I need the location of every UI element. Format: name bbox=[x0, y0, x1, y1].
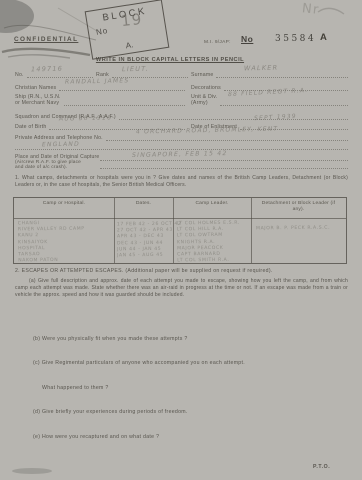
serial-number: 35584 bbox=[275, 34, 316, 44]
field-surname: Surname WALKER bbox=[191, 70, 348, 78]
table-header-leader: Camp Leader. bbox=[173, 201, 251, 207]
stamp-letter: A. bbox=[91, 35, 167, 56]
field-line-private-address-1: 4 ORCHARD ROAD, BROMLEY, KENT bbox=[106, 133, 348, 141]
question-a: (a) Give full description and approx. da… bbox=[15, 278, 348, 299]
instruction-heading: WRITE IN BLOCK CAPITAL LETTERS IN PENCIL bbox=[50, 57, 290, 63]
field-line-ship bbox=[64, 98, 185, 106]
handwritten-block-number: 19 bbox=[120, 10, 143, 30]
confidential-marking: CONFIDENTIAL bbox=[14, 36, 78, 43]
field-line-unit-div: 88 FIELD REGT R.A. bbox=[220, 98, 348, 106]
section1-question: 1. What camps, detachments or hospitals … bbox=[15, 175, 348, 189]
table-header-detachment: Detachment or Block Leader (if any). bbox=[251, 201, 346, 214]
question-e: (e) How were you recaptured and on what … bbox=[33, 434, 159, 440]
form-reference: M.I. 9/JAP: bbox=[204, 40, 231, 45]
field-label-christian-names: Christian Names bbox=[15, 85, 56, 91]
field-no: No. 149716 bbox=[15, 70, 93, 78]
serial-no-label: No bbox=[241, 34, 253, 44]
field-label-surname: Surname bbox=[191, 72, 213, 78]
handwritten-rank: LIEUT. bbox=[122, 65, 149, 74]
field-line-capture-2 bbox=[100, 167, 348, 169]
table-leader-entries: LT COL HOLMES E.S.R.LT COL HILL R.A. LT … bbox=[177, 221, 241, 265]
question-c2: What happened to them ? bbox=[42, 385, 109, 391]
block-number-stamp: BLOCK No A. bbox=[85, 0, 170, 60]
camps-table: Camp or Hospital. Dates. Camp Leader. De… bbox=[13, 197, 347, 264]
field-private-address: Private Address and Telephone No. 4 ORCH… bbox=[15, 133, 348, 141]
series-letter: A bbox=[320, 32, 327, 43]
field-line-private-address-2 bbox=[15, 148, 348, 150]
handwritten-date-of-enlistment: SEPT 1939 bbox=[254, 113, 297, 122]
pto-marking: P.T.O. bbox=[313, 464, 330, 470]
table-dates-entries: 17 FEB 42 - 26 OCT 4227 OCT 42 - APR 43 … bbox=[117, 222, 182, 260]
field-label-decorations: Decorations bbox=[191, 85, 221, 91]
field-christian-names: Christian Names RANDALL JAMES bbox=[15, 83, 185, 91]
question-d: (d) Give briefly your experiences during… bbox=[33, 409, 188, 415]
stamp-no-label: No bbox=[95, 26, 108, 37]
table-vline-1 bbox=[114, 198, 115, 263]
handwritten-address-2: ENGLAND bbox=[42, 141, 80, 149]
handwritten-christian-names: RANDALL JAMES bbox=[65, 77, 129, 85]
handwritten-date-of-birth: AUG 30 1916 bbox=[59, 114, 112, 122]
handwritten-surname: WALKER bbox=[244, 64, 278, 73]
field-label-capture-3: and date of a/c crash). bbox=[15, 165, 99, 170]
field-ship: Ship (R.N., U.S.N. or Merchant Navy bbox=[15, 94, 185, 106]
field-label-no: No. bbox=[15, 72, 24, 78]
section2-title: 2. ESCAPES OR ATTEMPTED ESCAPES. (Additi… bbox=[15, 268, 273, 274]
field-line-squadron bbox=[119, 112, 348, 120]
field-line-capture-1 bbox=[100, 159, 348, 161]
table-camp-entries: CHANGIRIVER VALLEY RD CAMP KANU 2KINSAIY… bbox=[18, 221, 85, 265]
field-line-surname: WALKER bbox=[216, 70, 348, 78]
table-header-dates: Dates. bbox=[114, 201, 173, 207]
table-header-rule bbox=[14, 218, 346, 219]
handwritten-no: 149716 bbox=[31, 65, 63, 74]
corner-pencil-scribble: Nr bbox=[301, 1, 320, 18]
question-b: (b) Were you physically fit when you mad… bbox=[33, 336, 188, 342]
table-header-camp: Camp or Hospital. bbox=[14, 201, 114, 207]
field-unit-div: Unit & Div. (Army) 88 FIELD REGT R.A. bbox=[191, 94, 348, 106]
field-line-christian-names: RANDALL JAMES bbox=[59, 83, 185, 91]
question-c: (c) Give Regimental particulars of anyon… bbox=[33, 360, 245, 366]
field-label-ship-2: or Merchant Navy bbox=[15, 100, 61, 106]
field-label-date-of-birth: Date of Birth bbox=[15, 124, 46, 130]
field-line-no: 149716 bbox=[27, 70, 93, 78]
field-label-unit-div-2: (Army) bbox=[191, 100, 217, 106]
scanned-form-page: CONFIDENTIAL BLOCK No A. 19 M.I. 9/JAP: … bbox=[0, 0, 362, 480]
handwritten-capture: SINGAPORE, FEB 15 42 bbox=[132, 150, 228, 159]
table-detachment-entries: MAJOR B. P. PECK R.A.S.C. bbox=[256, 226, 330, 233]
field-capture-label: Place and Date of Original Capture (Airc… bbox=[15, 154, 99, 170]
